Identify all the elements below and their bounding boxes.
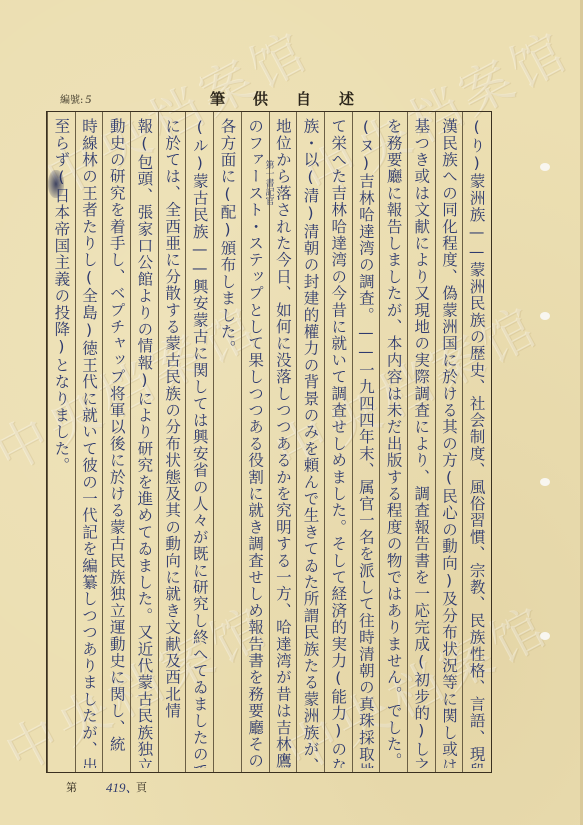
punch-hole [540,312,550,320]
punch-hole [540,632,550,640]
column-text: のファースト・ステップとして果しつつある役割に就き調査せしめ報告書を務要廳その他 [244,118,266,768]
column-text: 動史の研究を着手し、ベプチャップ将軍以後に於ける蒙古民族独立運動史に関し、統 [106,118,128,768]
manuscript-column: 動史の研究を着手し、ベプチャップ将軍以後に於ける蒙古民族独立運動史に関し、統 [102,112,130,772]
manuscript-column: 時線林の王者たりし(全島)徳王代に就いて彼の一代記を編纂しつつありましたが、出版… [75,112,103,772]
manuscript-column: (ル)蒙古民族——興安蒙古に関しては興安省の人々が既に研究し終へてゐましたので、… [185,112,213,772]
column-text: 族・以(清)清朝の封建的權力の背景のみを頼んで生きてゐた所謂民族たる蒙洲族が、そ… [300,118,322,768]
column-text: (り)蒙洲族——蒙洲民族の歴史、社会制度、風俗習慣、宗教、民族性格、言語、現段階… [466,118,488,768]
column-text: に於ては、全西亜に分散する蒙古民族の分布状態及其の動向に就き文献及西北情 [161,118,183,768]
serial-number: 編號:5 [60,91,91,107]
manuscript-column: 基つき或は文献により又現地の実際調査により、調査報告書を一応完成(初步的)し之 [407,112,435,772]
column-text: 漢民族への同化程度、偽蒙洲国に於ける其の方(民心の動向)及分布状況等に関し或は情… [438,118,460,768]
margin-annotation: 第一書記官 [263,160,276,205]
manuscript-column: 報(包頭、張家口公館よりの情報)により研究を進めてゐました。又近代蒙古民族独立運 [130,112,158,772]
manuscript-column: 族・以(清)清朝の封建的權力の背景のみを頼んで生きてゐた所謂民族たる蒙洲族が、そ… [296,112,324,772]
ink-blot [48,170,64,198]
manuscript-column: て栄へた吉林哈達湾の今昔に就いて調査せしめました。そして経済的実力(能力)のない… [324,112,352,772]
manuscript-grid: (り)蒙洲族——蒙洲民族の歴史、社会制度、風俗習慣、宗教、民族性格、言語、現段階… [46,111,492,773]
column-text: 時線林の王者たりし(全島)徳王代に就いて彼の一代記を編纂しつつありましたが、出版… [78,118,100,768]
manuscript-column: 地位から落された今日、如何に没落しつつあるかを究明する一方、哈達湾が昔は吉林鷹獵… [269,112,297,772]
manuscript-column: のファースト・ステップとして果しつつある役割に就き調査せしめ報告書を務要廳その他 [241,112,269,772]
manuscript-column: (ヌ)吉林哈達湾の調査。——一九四四年末、属官一名を派して往時清朝の真珠採取地と… [352,112,380,772]
column-text: を務要廳に報告しましたが、本内容は未だ出版する程度の物ではありません。でした。 [383,118,405,768]
document-page: 中央档案馆 中央档案馆 中央档案馆 中央档案馆 中央档案馆 中央档案馆 編號:5… [0,0,583,825]
serial-value: 5 [85,92,91,106]
page-title: 筆供自述 [210,88,382,109]
column-text: 基つき或は文献により又現地の実際調査により、調査報告書を一応完成(初步的)し之 [410,118,432,768]
manuscript-column: に於ては、全西亜に分散する蒙古民族の分布状態及其の動向に就き文献及西北情 [158,112,186,772]
page-number: 419、 [106,777,139,796]
punch-hole [540,478,550,486]
column-text: 各方面に(配)頒布しました。 [216,118,238,768]
manuscript-column: 漢民族への同化程度、偽蒙洲国に於ける其の方(民心の動向)及分布状況等に関し或は情… [435,112,463,772]
punch-hole [540,163,550,171]
manuscript-column: を務要廳に報告しましたが、本内容は未だ出版する程度の物ではありません。でした。 [379,112,407,772]
page-label-prefix: 第 [66,779,77,795]
page-label-suffix: 頁 [136,779,147,795]
column-text: て栄へた吉林哈達湾の今昔に就いて調査せしめました。そして経済的実力(能力)のない… [327,118,349,768]
column-text: 至らず(日本帝国主義の投降)となりました。 [50,118,72,768]
page-footer: 第 419、 頁 [0,776,583,796]
page-header: 編號:5 筆供自述 [0,88,583,108]
column-text: (ル)蒙古民族——興安蒙古に関しては興安省の人々が既に研究し終へてゐましたので、… [189,118,211,768]
manuscript-column: (り)蒙洲族——蒙洲民族の歴史、社会制度、風俗習慣、宗教、民族性格、言語、現段階… [462,112,490,772]
manuscript-column: 各方面に(配)頒布しました。 [213,112,241,772]
serial-label: 編號: [60,95,83,106]
column-text: 報(包頭、張家口公館よりの情報)により研究を進めてゐました。又近代蒙古民族独立運 [133,118,155,768]
column-text: 地位から落された今日、如何に没落しつつあるかを究明する一方、哈達湾が昔は吉林鷹獵… [272,118,294,768]
manuscript-column: 至らず(日本帝国主義の投降)となりました。 [47,112,75,772]
column-text: (ヌ)吉林哈達湾の調査。——一九四四年末、属官一名を派して往時清朝の真珠採取地と… [355,118,377,768]
